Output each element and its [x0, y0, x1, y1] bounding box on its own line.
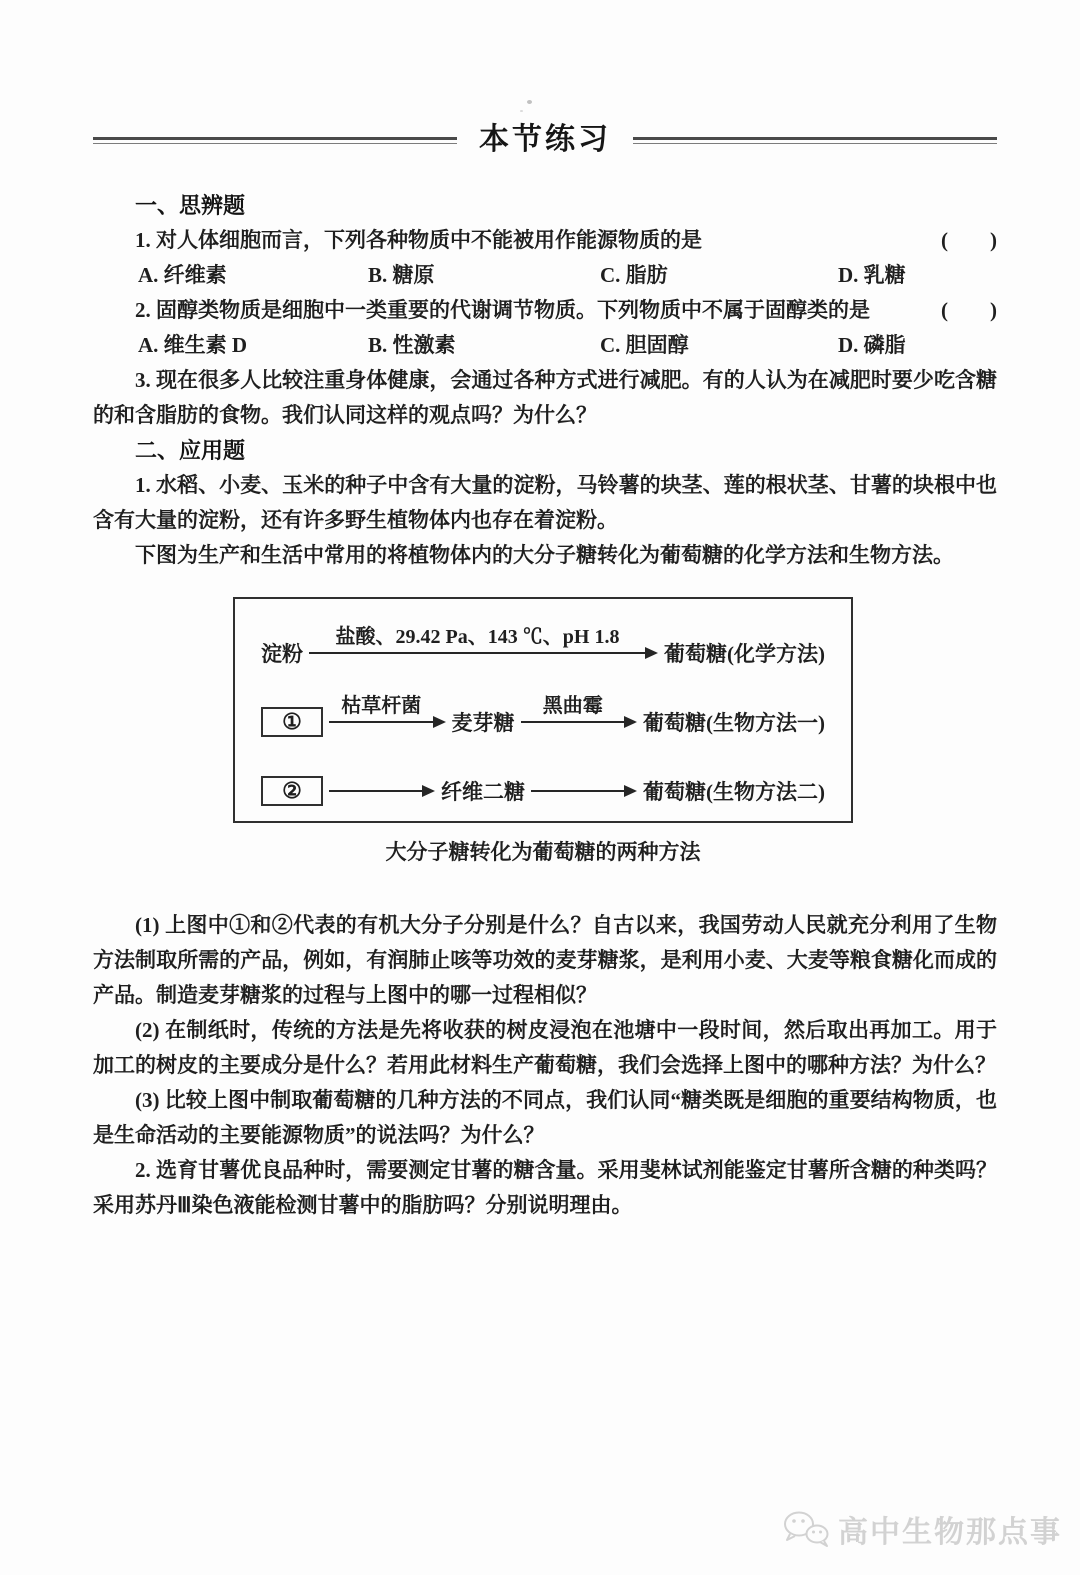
arrow-right-icon [531, 790, 635, 792]
option-c: C. 脂肪 [600, 258, 838, 293]
option-a: A. 纤维素 [138, 258, 368, 293]
arrow-right-icon: 黑曲霉 [521, 721, 636, 723]
conversion-diagram: 淀粉 盐酸、29.42 Pa、143 ℃、pH 1.8 葡萄糖(化学方法) ① … [233, 597, 853, 823]
question-2-row: 2. 固醇类物质是细胞中一类重要的代谢调节物质。下列物质中不属于固醇类的是 ( … [93, 293, 997, 328]
arrow-right-icon: 盐酸、29.42 Pa、143 ℃、pH 1.8 [309, 652, 656, 654]
option-d: D. 磷脂 [838, 328, 997, 363]
arrow-agent-label: 枯草杆菌 [329, 689, 434, 718]
watermark: 高中生物那点事 [780, 1507, 1062, 1551]
node-starch: 淀粉 [261, 638, 303, 668]
scanned-textbook-page: 本节练习 一、思辨题 1. 对人体细胞而言，下列各种物质中不能被用作能源物质的是… [0, 0, 1080, 1575]
sub-question-2: (2) 在制纸时，传统的方法是先将收获的树皮浸泡在池塘中一段时间，然后取出再加工… [93, 1013, 997, 1083]
option-a: A. 维生素 D [138, 328, 368, 363]
header-rule-right [633, 137, 997, 144]
numbered-box-2: ② [261, 776, 323, 806]
question-1-row: 1. 对人体细胞而言，下列各种物质中不能被用作能源物质的是 ( ) [93, 223, 997, 258]
application-q1-lead: 下图为生产和生活中常用的将植物体内的大分子糖转化为葡萄糖的化学方法和生物方法。 [93, 538, 997, 573]
node-cellobiose: 纤维二糖 [441, 776, 525, 806]
application-q2-text: 2. 选育甘薯优良品种时，需要测定甘薯的糖含量。采用斐林试剂能鉴定甘薯所含糖的种… [93, 1153, 997, 1223]
page-title: 本节练习 [457, 118, 633, 162]
node-glucose-bio1: 葡萄糖(生物方法一) [643, 707, 825, 737]
node-maltose: 麦芽糖 [452, 707, 515, 737]
section-header: 本节练习 [93, 118, 997, 162]
page-content: 本节练习 一、思辨题 1. 对人体细胞而言，下列各种物质中不能被用作能源物质的是… [93, 0, 997, 1223]
arrow-right-icon [329, 790, 433, 792]
option-d: D. 乳糖 [838, 258, 997, 293]
sub-question-3: (3) 比较上图中制取葡萄糖的几种方法的不同点，我们认同“糖类既是细胞的重要结构… [93, 1083, 997, 1153]
question-1-options: A. 纤维素 B. 糖原 C. 脂肪 D. 乳糖 [93, 258, 997, 293]
node-glucose-chemical: 葡萄糖(化学方法) [664, 638, 825, 668]
watermark-text: 高中生物那点事 [838, 1507, 1062, 1551]
arrow-condition-label: 盐酸、29.42 Pa、143 ℃、pH 1.8 [309, 620, 646, 649]
answer-bracket: ( ) [941, 223, 997, 258]
question-1-stem: 1. 对人体细胞而言，下列各种物质中不能被用作能源物质的是 [93, 223, 702, 258]
application-q1-intro: 1. 水稻、小麦、玉米的种子中含有大量的淀粉，马铃薯的块茎、莲的根状茎、甘薯的块… [93, 468, 997, 538]
part2-heading: 二、应用题 [93, 433, 997, 468]
diagram-row-bio2: ② 纤维二糖 葡萄糖(生物方法二) [261, 772, 825, 811]
question-3-text: 3. 现在很多人比较注重身体健康，会通过各种方式进行减肥。有的人认为在减肥时要少… [93, 363, 997, 433]
diagram-row-chemical: 淀粉 盐酸、29.42 Pa、143 ℃、pH 1.8 葡萄糖(化学方法) [261, 633, 825, 672]
figure-caption: 大分子糖转化为葡萄糖的两种方法 [233, 835, 853, 870]
arrow-right-icon: 枯草杆菌 [329, 721, 444, 723]
question-2-stem: 2. 固醇类物质是细胞中一类重要的代谢调节物质。下列物质中不属于固醇类的是 [93, 293, 870, 328]
option-b: B. 性激素 [368, 328, 600, 363]
numbered-box-1: ① [261, 707, 323, 737]
wechat-icon [780, 1508, 832, 1550]
diagram-row-bio1: ① 枯草杆菌 麦芽糖 黑曲霉 葡萄糖(生物方法一) [261, 702, 825, 741]
header-rule-left [93, 137, 457, 144]
option-b: B. 糖原 [368, 258, 600, 293]
arrow-agent-label: 黑曲霉 [521, 689, 626, 718]
answer-bracket: ( ) [941, 293, 997, 328]
question-2-options: A. 维生素 D B. 性激素 C. 胆固醇 D. 磷脂 [93, 328, 997, 363]
part1-heading: 一、思辨题 [93, 188, 997, 223]
node-glucose-bio2: 葡萄糖(生物方法二) [643, 776, 825, 806]
sub-question-1: (1) 上图中①和②代表的有机大分子分别是什么？自古以来，我国劳动人民就充分利用… [93, 908, 997, 1013]
option-c: C. 胆固醇 [600, 328, 838, 363]
